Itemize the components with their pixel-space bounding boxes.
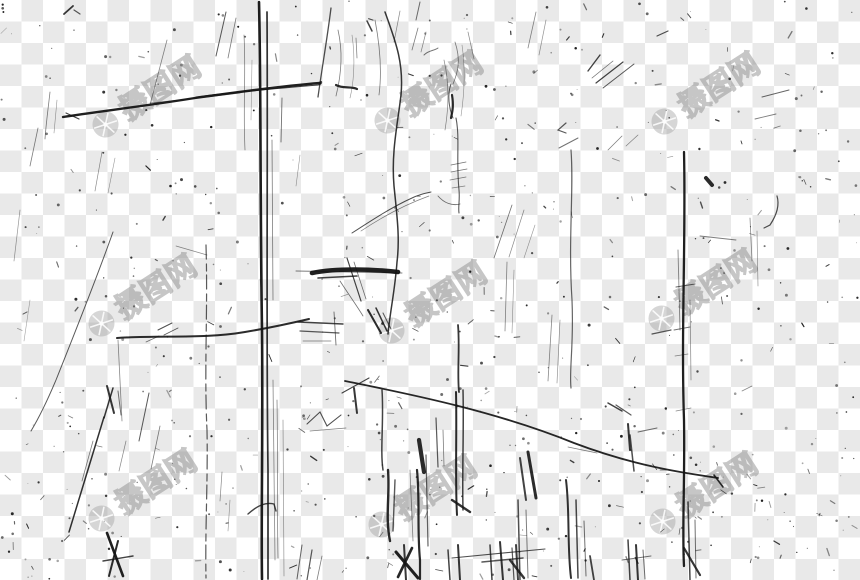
scratch-stroke [354, 388, 357, 413]
scratch-stroke [626, 135, 638, 146]
scratch-stroke [764, 196, 778, 228]
scratch-stroke [592, 61, 613, 78]
scratch-stroke [566, 480, 571, 578]
scratch-stroke [340, 281, 363, 316]
scratch-stroke [297, 545, 302, 579]
scratch-stroke [755, 114, 776, 119]
scratch-stroke [548, 315, 552, 381]
scratch-stroke [516, 545, 518, 580]
scratch-stroke [451, 162, 466, 165]
scratch-stroke [336, 85, 357, 89]
scratch-stroke [683, 152, 684, 566]
scratch-stroke [393, 480, 395, 531]
scratch-stroke [590, 556, 594, 580]
scratch-stroke [421, 32, 426, 52]
scratch-stroke [557, 320, 560, 383]
scratch-stroke [750, 218, 752, 261]
speckle-field [1, 1, 859, 580]
scratch-stroke [742, 386, 752, 391]
scratch-stroke [444, 60, 448, 130]
scratch-stroke [300, 331, 339, 333]
scratch-stroke [117, 319, 309, 338]
scratch-stroke [412, 28, 418, 50]
scratch-stroke [317, 556, 322, 580]
scratch-stroke [638, 428, 657, 432]
scratch-stroke [714, 475, 723, 487]
scratch-stroke [220, 472, 222, 501]
scratch-stroke [524, 225, 535, 258]
scratch-stroke [643, 550, 645, 579]
scratch-stroke [296, 155, 300, 186]
scratch-stroke [417, 470, 420, 579]
scratch-stroke [367, 21, 372, 31]
scratch-stroke [630, 435, 634, 471]
scratch-stroke [30, 128, 38, 166]
scratch-stroke [24, 300, 30, 341]
scratch-stroke [526, 510, 528, 578]
scratch-stroke [176, 246, 207, 255]
scratch-stroke [456, 118, 459, 213]
scratch-stroke [463, 390, 464, 510]
scratch-stroke [426, 455, 428, 546]
scratch-stroke [571, 150, 573, 388]
scratch-stroke [576, 500, 578, 578]
scratch-stroke [458, 325, 459, 392]
scratch-stroke [512, 270, 514, 333]
scratch-stroke [500, 542, 503, 580]
scratch-stroke [762, 90, 789, 97]
grunge-scratches [0, 0, 860, 580]
scratch-stroke [277, 400, 278, 558]
scratch-stroke [528, 452, 536, 498]
scratch-stroke [410, 470, 413, 541]
scratch-stroke [307, 412, 341, 426]
scratch-stroke [757, 231, 758, 286]
scratch-stroke [452, 549, 545, 558]
scratch-stroke [603, 64, 634, 88]
scratch-stroke [706, 178, 712, 185]
scratch-stroke [119, 441, 126, 471]
scratch-stroke [443, 430, 444, 466]
scratch-stroke [158, 323, 172, 330]
scratch-stroke [436, 418, 438, 467]
scratch-stroke [438, 196, 460, 205]
scratch-stroke [628, 540, 630, 580]
scratch-stroke [151, 426, 160, 469]
scratch-stroke [164, 328, 178, 335]
scratch-stroke [108, 158, 115, 193]
scratch-stroke [14, 210, 20, 261]
scratch-stroke [69, 417, 104, 532]
scratch-stroke [272, 140, 273, 300]
scratch-stroke [588, 55, 600, 71]
scratch-stroke [424, 48, 438, 55]
scratch-stroke [310, 428, 346, 431]
scratch-stroke [404, 545, 406, 580]
scratch-stroke [307, 550, 312, 580]
scratch-stroke [616, 405, 631, 415]
scratch-stroke [150, 40, 167, 105]
scratch-stroke [54, 100, 57, 133]
scratch-stroke [678, 250, 680, 330]
scratch-stroke [596, 62, 623, 83]
texture-canvas: 摄图网摄图网摄图网摄图网摄图网摄图网摄图网摄图网摄图网 [0, 0, 860, 580]
scratch-stroke [416, 2, 420, 20]
scratch-stroke [419, 440, 424, 472]
scratch-stroke [690, 300, 691, 380]
scratch-stroke [228, 18, 236, 58]
scratch-stroke [298, 322, 343, 324]
scratch-stroke [334, 312, 336, 345]
scratch-stroke [356, 38, 357, 58]
scratch-stroke [468, 32, 474, 59]
scratch-stroke [31, 232, 113, 431]
scratch-stroke [74, 10, 80, 14]
scratch-stroke [453, 42, 458, 84]
scratch-stroke [139, 393, 149, 441]
scratch-stroke [675, 354, 688, 356]
scratch-stroke [657, 31, 668, 36]
scratch-stroke [674, 327, 690, 330]
scratch-stroke [520, 458, 526, 500]
scratch-stroke [273, 380, 275, 560]
scratch-stroke [228, 500, 230, 531]
scratch-stroke [64, 6, 73, 14]
scratch-stroke [448, 550, 450, 580]
scratch-stroke [652, 330, 671, 334]
scratch-stroke [216, 12, 226, 56]
scratch-stroke [45, 92, 50, 139]
scratch-stroke [452, 500, 470, 512]
scratch-stroke [318, 8, 331, 97]
scratch-stroke [150, 93, 240, 103]
scratch-stroke [451, 169, 467, 172]
scratch-stroke [375, 20, 380, 95]
scratch-stroke [318, 276, 357, 278]
scratch-stroke [509, 210, 524, 257]
scratch-stroke [451, 95, 453, 118]
scratch-stroke [458, 545, 460, 580]
scratch-stroke [283, 420, 284, 576]
scratch-stroke [385, 12, 402, 334]
scratch-stroke [394, 11, 400, 42]
scratch-stroke [700, 236, 736, 240]
texture-image-page: { "image": { "kind_label": "black-grunge… [0, 0, 860, 580]
scratch-stroke [539, 20, 546, 55]
scratch-stroke [559, 138, 578, 148]
scratch-stroke [558, 123, 566, 133]
scratch-stroke [494, 205, 512, 258]
scratch-stroke [382, 390, 383, 470]
scratch-stroke [267, 12, 268, 579]
scratch-stroke [206, 245, 207, 578]
scratch-stroke [461, 45, 464, 116]
scratch-stroke [95, 152, 102, 191]
scratch-stroke [281, 98, 282, 142]
scratch-stroke [684, 548, 700, 575]
scratch-stroke [528, 12, 536, 48]
scratch-stroke [244, 35, 245, 150]
scratch-stroke [456, 392, 457, 515]
scratch-stroke [505, 262, 507, 331]
scratch-stroke [388, 470, 390, 541]
scratch-stroke [608, 136, 622, 150]
